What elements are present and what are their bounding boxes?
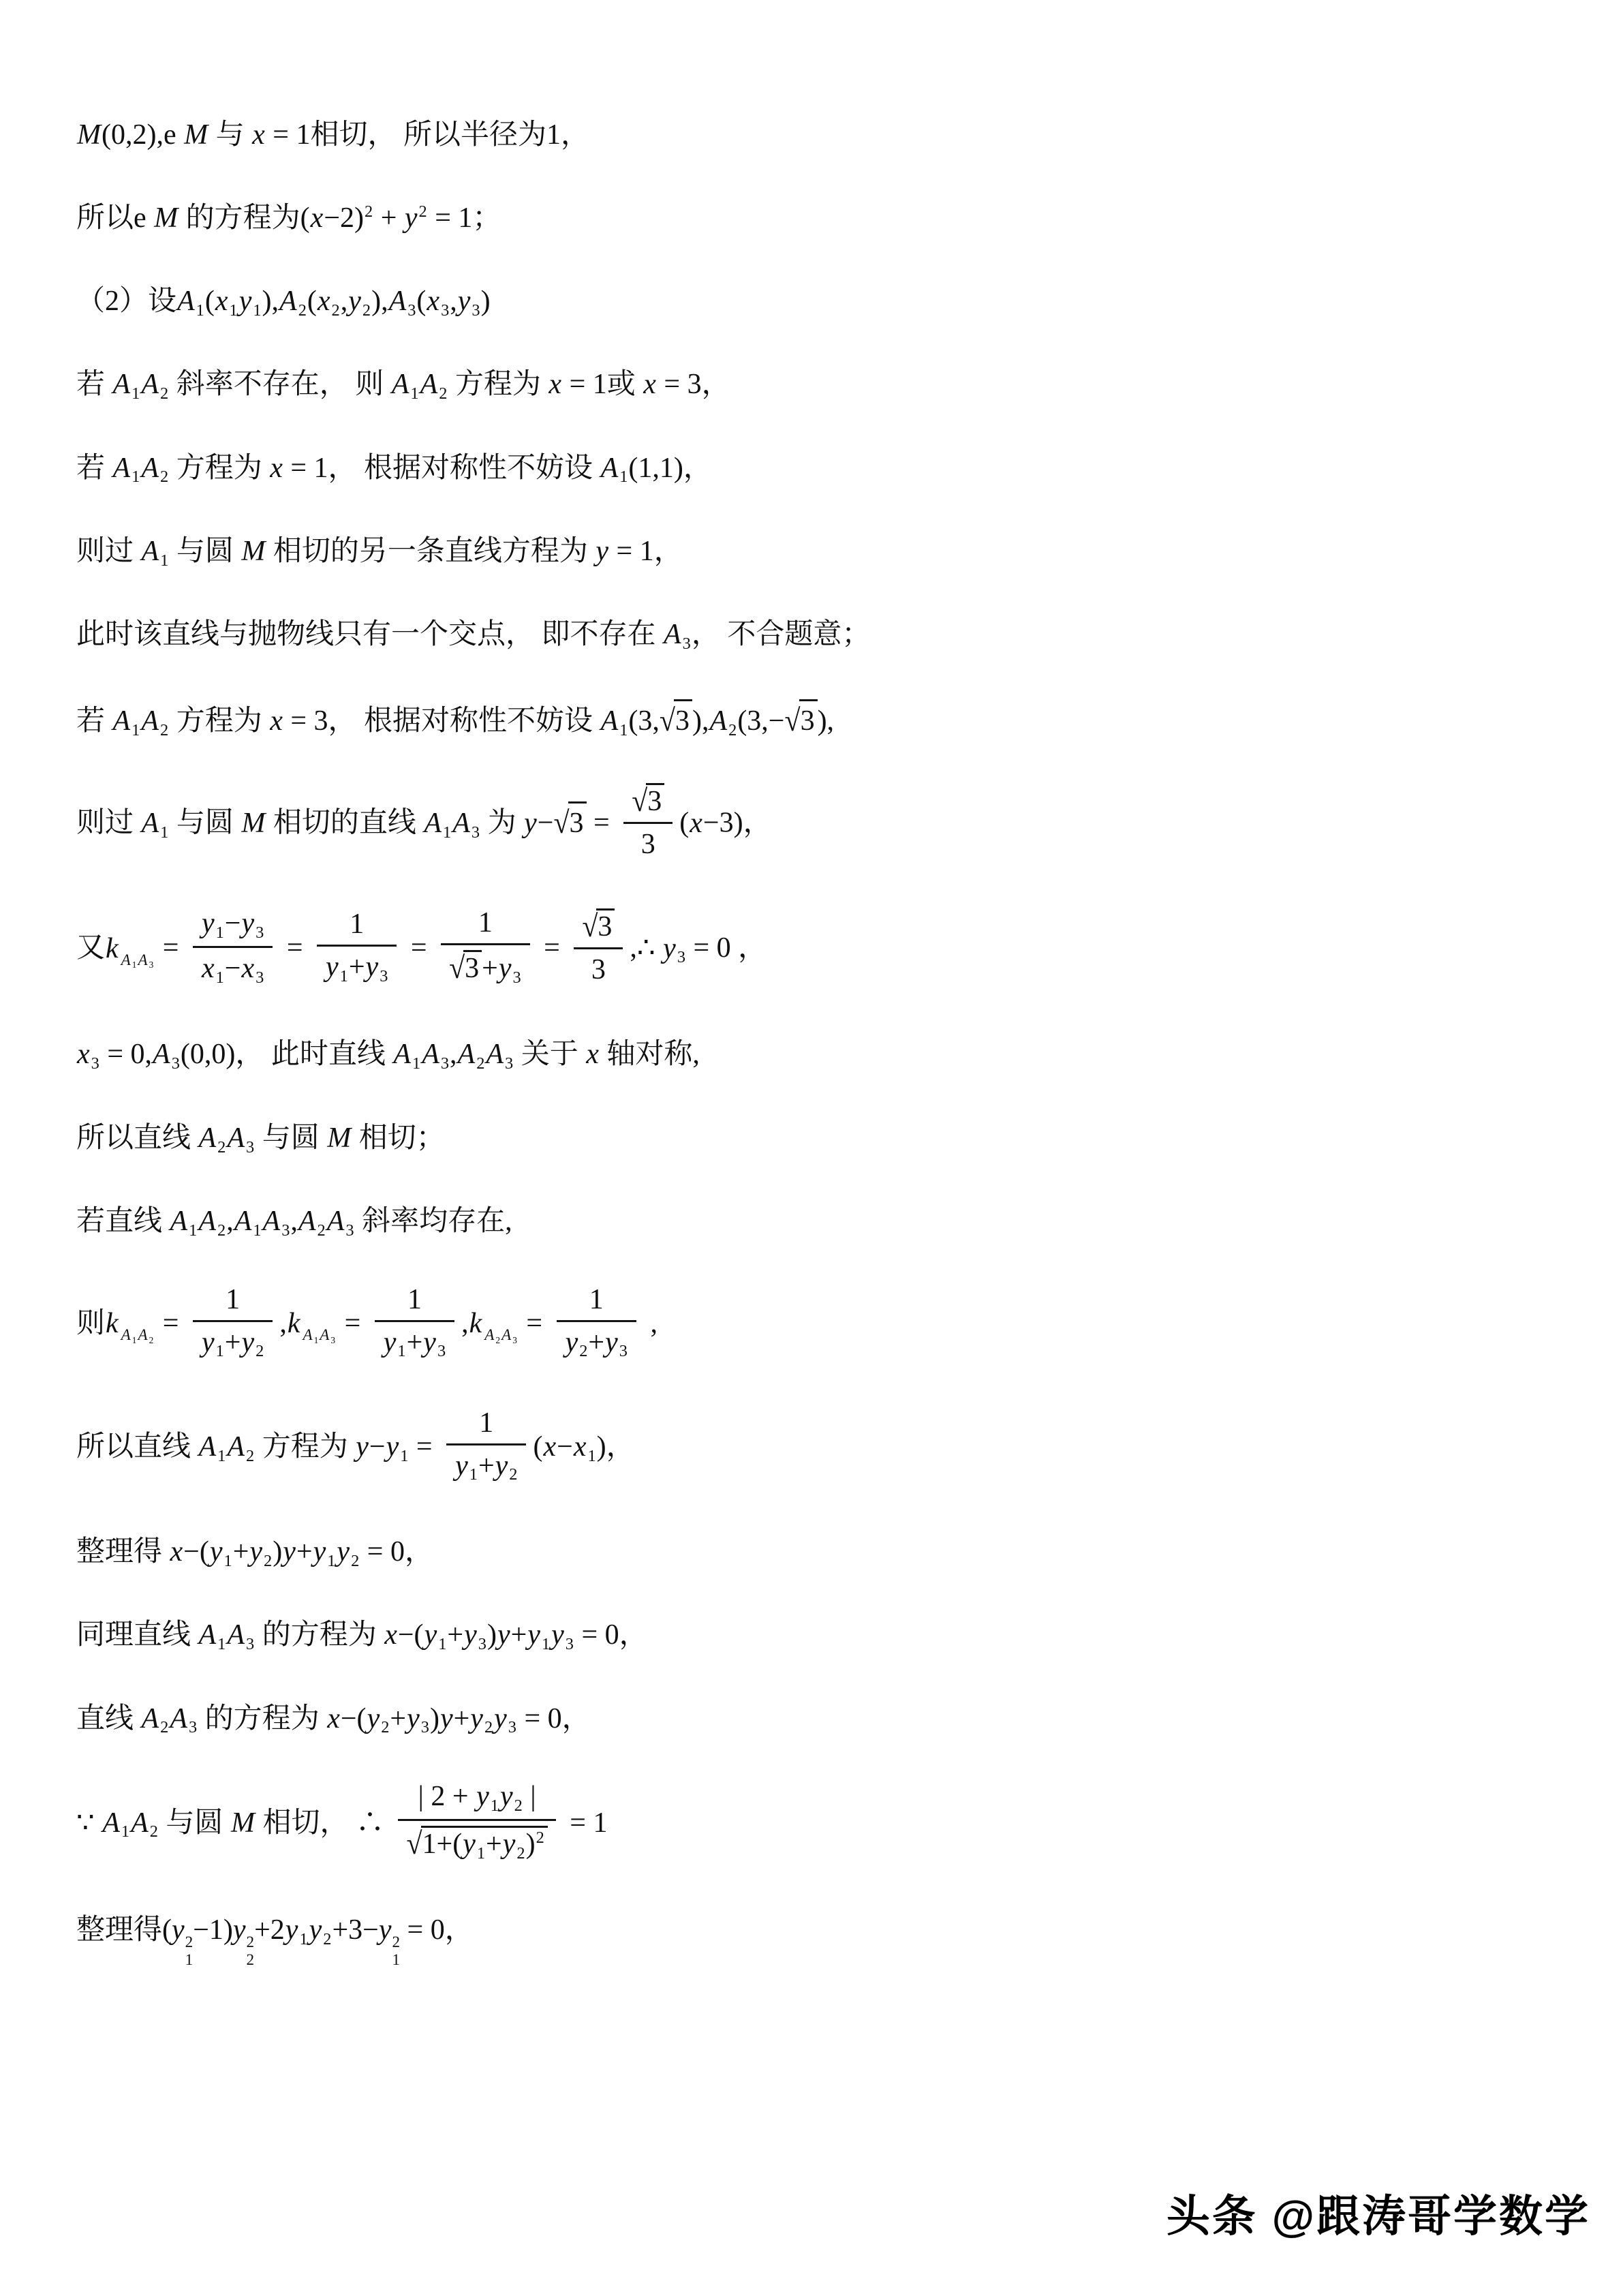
math-text: 斜率不存在， 则 <box>169 369 391 400</box>
math-subscript: 1 <box>252 1221 262 1240</box>
math-subscript: 1 <box>298 1930 308 1948</box>
fraction-numerator: 1 <box>441 906 530 945</box>
math-variable: y <box>365 951 380 983</box>
math-fraction: 1y2+y3 <box>557 1283 636 1362</box>
math-text: = 0 ， <box>686 933 767 964</box>
math-text: −1) <box>193 1914 233 1946</box>
math-variable: A <box>140 453 159 484</box>
math-text: 的方程为 <box>255 1619 384 1651</box>
math-variable: A <box>226 1122 245 1154</box>
math-subscript: 1 <box>469 1465 478 1484</box>
math-variable: A <box>176 286 196 317</box>
math-subscript: 2 <box>484 1718 493 1736</box>
math-text: , <box>643 1308 658 1339</box>
math-text: , <box>279 1308 287 1339</box>
math-variable: y <box>497 1619 511 1651</box>
math-variable: A <box>302 1326 313 1343</box>
radical-sign: √ <box>785 701 801 744</box>
math-text: = 1， 根据对称性不妨设 <box>283 453 600 484</box>
math-subscript: 2 <box>159 384 169 403</box>
math-variable: M <box>183 119 208 151</box>
math-line-19: ∵ A1A2 与圆 M 相切， ∴ | 2 + y1y2 |√1+(y1+y2)… <box>76 1783 1473 1867</box>
math-variable: A <box>484 1326 495 1343</box>
radicand: 3 <box>674 699 692 741</box>
math-text: + <box>349 951 365 983</box>
math-variable: A <box>262 1206 281 1237</box>
math-line-7: 此时该直线与抛物线只有一个交点， 即不存在 A3， 不合题意； <box>76 615 1473 655</box>
math-text: 又 <box>76 933 105 964</box>
math-subscript: 1 <box>215 968 225 987</box>
math-subscript: 1 <box>397 1342 406 1360</box>
math-text: | 2 + <box>418 1781 476 1812</box>
math-variable: y <box>238 286 253 317</box>
math-text: −2) <box>324 202 364 234</box>
math-superscript: 2 <box>247 1933 255 1951</box>
math-subscript: 1 <box>217 1635 226 1653</box>
math-text: , <box>461 1308 469 1339</box>
math-variable: A <box>141 1703 160 1734</box>
radical-sign: √ <box>660 701 675 744</box>
math-subscript: 2 <box>317 1221 326 1240</box>
math-variable: y <box>424 1619 438 1651</box>
math-variable: x <box>241 953 255 984</box>
math-variable: x <box>76 1039 91 1070</box>
math-variable: x <box>201 953 215 984</box>
math-variable: M <box>153 202 179 234</box>
math-text: −( <box>398 1619 424 1651</box>
math-sqrt: √3 <box>449 950 482 985</box>
math-subscript: 3 <box>512 1335 518 1345</box>
math-fraction: 1y1+y2 <box>193 1283 273 1362</box>
math-variable: k <box>469 1308 483 1339</box>
math-subscript: 2 <box>508 1465 518 1484</box>
math-text: 1 <box>407 1284 422 1315</box>
math-subscript: 3 <box>188 1718 198 1736</box>
math-text: = <box>537 933 568 964</box>
math-variable: x <box>426 286 440 317</box>
math-subscript: 2 <box>298 301 307 320</box>
math-text: 此时该直线与抛物线只有一个交点， 即不存在 <box>76 619 663 650</box>
math-variable: x <box>643 369 657 400</box>
math-variable: y <box>439 1703 454 1734</box>
math-variable: y <box>379 1914 392 1946</box>
math-text: ， 不合题意； <box>692 619 871 650</box>
math-subscript: 1 <box>159 551 169 570</box>
math-subscript: 3 <box>345 1221 354 1240</box>
math-variable: y <box>241 1327 255 1358</box>
math-variable: y <box>523 808 538 839</box>
math-variable: x <box>548 369 562 400</box>
math-text: − <box>225 908 241 939</box>
math-subscript: 3 <box>255 968 264 987</box>
math-text: )， <box>597 1431 635 1463</box>
math-variable: A <box>152 1039 171 1070</box>
fraction-numerator: 1 <box>375 1283 454 1322</box>
math-sqrt: √1+(y1+y2)2 <box>406 1826 547 1863</box>
math-subscript: 1 <box>131 384 140 403</box>
math-text: ), <box>692 705 709 737</box>
math-line-18: 直线 A2A3 的方程为 x−(y2+y3)y+y2y3 = 0， <box>76 1700 1473 1739</box>
math-variable: A <box>121 951 132 968</box>
math-text: 若 <box>76 369 112 400</box>
math-text: + <box>296 1536 313 1567</box>
math-variable: A <box>112 453 132 484</box>
math-subscript: 3 <box>149 960 155 970</box>
math-variable: y <box>241 908 255 939</box>
math-subscript: 3 <box>407 301 416 320</box>
math-text: 与 <box>208 119 251 151</box>
math-variable: y <box>527 1619 541 1651</box>
math-subscript: 3 <box>437 1342 446 1360</box>
math-variable: A <box>141 536 160 567</box>
math-subscript: 1 <box>229 301 238 320</box>
math-line-16: 整理得 x−(y1+y2)y+y1y2 = 0， <box>76 1533 1473 1572</box>
math-subscript: 3 <box>440 1054 450 1073</box>
radicand: 3 <box>568 801 587 844</box>
math-line-9: 则过 A1 与圆 M 相切的直线 A1A3 为 y−√3 = √33(x−3)， <box>76 785 1473 866</box>
math-subscript: 3 <box>420 1718 430 1736</box>
math-text: +3− <box>332 1914 378 1946</box>
math-variable: y <box>476 1781 490 1812</box>
math-text: 则 <box>76 1308 105 1339</box>
math-subscript: 3 <box>171 1054 181 1073</box>
math-line-10: 又kA1A3 = y1−y3x1−x3 = 1y1+y3 = 1√3+y3 = … <box>76 909 1473 992</box>
math-variable: A <box>130 1807 149 1839</box>
fraction-denominator: 3 <box>623 824 673 862</box>
math-variable: y <box>355 1431 369 1463</box>
math-line-20: 整理得(y21−1)y22+2y1y2+3−y21 = 0， <box>76 1911 1473 1969</box>
math-subscript: 2 <box>331 301 341 320</box>
sub-sup-column: 22 <box>246 1933 255 1969</box>
math-text: 3 <box>465 953 479 984</box>
math-variable: y <box>367 1703 381 1734</box>
math-text: 若 <box>76 453 112 484</box>
math-subscript: 3 <box>281 1221 290 1240</box>
math-variable: A <box>485 1039 504 1070</box>
math-text: 方程为 <box>448 369 548 400</box>
math-text: 方程为 <box>169 705 269 737</box>
math-text: 1 <box>226 1284 240 1315</box>
math-text: | <box>523 1781 536 1812</box>
math-text: = 0， <box>517 1703 591 1734</box>
math-text: + <box>511 1619 527 1651</box>
math-subscript: 3 <box>508 1718 517 1736</box>
math-text: 相切； <box>352 1122 445 1154</box>
math-subscript: 1 <box>131 721 140 739</box>
math-subscript: 2 <box>728 721 737 739</box>
math-text: , <box>450 1039 457 1070</box>
math-text: (3, <box>628 705 660 737</box>
math-text: = <box>403 933 434 964</box>
math-text: 1+( <box>422 1828 463 1860</box>
radical-sign: √ <box>553 803 569 846</box>
math-text: , <box>450 286 457 317</box>
fraction-denominator: x1−x3 <box>193 948 273 988</box>
math-variable: y <box>347 286 362 317</box>
math-text: (0,2),e <box>102 119 183 151</box>
math-text: = 1； <box>428 202 501 234</box>
math-sqrt: √3 <box>582 908 615 943</box>
math-subscript: 1 <box>217 1447 226 1465</box>
math-subscript: 2 <box>350 1552 360 1570</box>
math-variable: A <box>140 369 159 400</box>
math-text: = 1或 <box>562 369 643 400</box>
math-text: = <box>155 1308 186 1339</box>
math-variable: A <box>501 1326 512 1343</box>
math-variable: x <box>542 1431 557 1463</box>
fraction-numerator: 1 <box>193 1283 273 1322</box>
math-text: ), <box>818 705 835 737</box>
math-text: ) <box>273 1536 282 1567</box>
math-subscript: 3 <box>440 301 450 320</box>
math-variable: y <box>309 1914 323 1946</box>
math-variable: x <box>326 1703 341 1734</box>
math-variable: x <box>573 1431 587 1463</box>
math-subscript: 2 <box>255 1342 264 1360</box>
math-superscript: 2 <box>536 1828 545 1847</box>
math-text: 相切的另一条直线方程为 <box>266 536 595 567</box>
math-text: 若 <box>76 705 112 737</box>
fraction-numerator: | 2 + y1y2 | <box>398 1779 555 1821</box>
math-text: 整理得 <box>76 1536 170 1567</box>
math-superscript: 2 <box>392 1933 401 1951</box>
math-variable: A <box>392 1039 412 1070</box>
math-subscript: 1 <box>587 1447 596 1465</box>
math-sqrt: √3 <box>660 699 692 741</box>
math-subscript: 1 <box>437 1635 447 1653</box>
fraction-denominator: y1+y2 <box>193 1322 273 1362</box>
math-variable: y <box>249 1536 263 1567</box>
math-text: ) <box>526 1828 536 1860</box>
math-variable: A <box>170 1206 189 1237</box>
math-subscript: 1 <box>412 1054 421 1073</box>
math-subscript-group: A1A3 <box>119 951 156 968</box>
fraction-numerator: 1 <box>557 1283 636 1322</box>
math-variable: A <box>226 1619 245 1651</box>
math-text: 1 <box>589 1284 604 1315</box>
math-text: , <box>341 286 348 317</box>
math-subscript: 2 <box>217 1221 226 1240</box>
math-lines: M(0,2),e M 与 x = 1相切， 所以半径为1，所以e M 的方程为(… <box>76 116 1473 1969</box>
fraction-denominator: √3+y3 <box>441 945 530 988</box>
math-text: 所以e <box>76 202 153 234</box>
math-text: ( <box>416 286 426 317</box>
math-variable: y <box>325 951 339 983</box>
math-subscript: 1 <box>313 1335 320 1345</box>
math-line-13: 若直线 A1A2,A1A3,A2A3 斜率均存在, <box>76 1202 1473 1242</box>
math-variable: y <box>463 1619 478 1651</box>
math-sub-sup: y21 <box>172 1911 193 1969</box>
math-text: ), <box>262 286 279 317</box>
math-text: 1 <box>479 1407 493 1439</box>
math-text: 3 <box>801 705 815 737</box>
math-variable: M <box>241 536 266 567</box>
math-text: 与圆 <box>159 1807 230 1839</box>
math-text: 与圆 <box>255 1122 326 1154</box>
fraction-numerator: √3 <box>574 907 623 949</box>
radicand: 3 <box>646 783 664 818</box>
math-subscript: 3 <box>504 1054 514 1073</box>
math-text: , <box>290 1206 298 1237</box>
math-text: ( <box>533 1431 542 1463</box>
math-variable: A <box>137 1326 148 1343</box>
math-text: 3 <box>591 954 606 985</box>
math-text: 轴对称, <box>600 1039 700 1070</box>
math-sub-sup: y21 <box>379 1911 400 1969</box>
math-subscript: 2 <box>263 1552 273 1570</box>
math-text: (0,0)， 此时直线 <box>181 1039 392 1070</box>
math-subscript: 1 <box>442 823 452 842</box>
math-variable: A <box>423 808 442 839</box>
math-text: ) <box>487 1619 497 1651</box>
math-variable: y <box>495 1450 509 1482</box>
math-variable: A <box>198 1122 217 1154</box>
math-line-14: 则kA1A2 = 1y1+y2,kA1A3 = 1y1+y3,kA2A3 = 1… <box>76 1286 1473 1366</box>
math-fraction: √33 <box>574 907 623 988</box>
math-text: （2）设 <box>76 286 176 317</box>
math-subscript: 2 <box>514 1796 523 1815</box>
math-text: + <box>373 202 404 234</box>
math-text: ( <box>679 808 689 839</box>
math-subscript: 1 <box>159 823 169 842</box>
math-subscript: 3 <box>245 1138 255 1157</box>
math-text: = <box>279 933 310 964</box>
math-text: = <box>519 1308 550 1339</box>
math-line-1: M(0,2),e M 与 x = 1相切， 所以半径为1， <box>76 116 1473 155</box>
math-subscript: 2 <box>159 721 169 739</box>
math-subscript: 1 <box>409 384 419 403</box>
math-sqrt: √3 <box>632 783 664 818</box>
math-variable: A <box>457 1039 476 1070</box>
math-variable: x <box>384 1619 398 1651</box>
math-subscript: 1 <box>196 301 205 320</box>
math-variable: k <box>105 933 119 964</box>
math-sub-sup: y22 <box>233 1911 254 1969</box>
radicand: 3 <box>596 908 615 943</box>
math-subscript: 1 <box>476 1844 486 1863</box>
math-variable: y <box>604 1327 619 1358</box>
math-text: −( <box>183 1536 209 1567</box>
math-subscript: 2 <box>438 384 448 403</box>
math-subscript: 1 <box>619 468 628 486</box>
math-variable: y <box>282 1536 296 1567</box>
math-text: −3)， <box>703 808 772 839</box>
math-subscript: 2 <box>322 1930 332 1948</box>
math-variable: y <box>201 908 215 939</box>
math-text: + <box>486 1828 502 1860</box>
math-subscript: 2 <box>149 1822 159 1841</box>
math-text: 为 <box>480 808 523 839</box>
math-variable: y <box>233 1914 246 1946</box>
solution-content: M(0,2),e M 与 x = 1相切， 所以半径为1，所以e M 的方程为(… <box>76 116 1473 2012</box>
math-subscript-group: A1A2 <box>119 1326 156 1343</box>
math-line-12: 所以直线 A2A3 与圆 M 相切； <box>76 1119 1473 1159</box>
math-variable: M <box>241 808 266 839</box>
math-text: 所以直线 <box>76 1122 198 1154</box>
math-variable: k <box>105 1308 119 1339</box>
math-subscript: 1 <box>131 468 140 486</box>
math-subscript: 3 <box>471 301 480 320</box>
math-variable: A <box>600 453 619 484</box>
math-text: 斜率均存在, <box>355 1206 512 1237</box>
math-subscript: 3 <box>245 1635 255 1653</box>
math-subscript: 1 <box>490 1796 499 1815</box>
sub-sup-column: 21 <box>392 1933 401 1969</box>
math-variable: y <box>406 1703 420 1734</box>
math-subscript: 2 <box>516 1844 525 1863</box>
math-fraction: 1√3+y3 <box>441 906 530 988</box>
math-text: 3 <box>570 808 584 839</box>
math-text: 1 <box>350 908 364 940</box>
math-variable: A <box>326 1206 345 1237</box>
math-subscript: 1 <box>326 1552 336 1570</box>
math-text: , <box>226 1206 234 1237</box>
math-subscript: 2 <box>245 1447 255 1465</box>
math-variable: A <box>198 1206 217 1237</box>
math-variable: y <box>172 1914 185 1946</box>
math-text: = 1 <box>563 1807 608 1839</box>
fraction-denominator: √1+(y1+y2)2 <box>398 1821 555 1864</box>
math-text: + <box>390 1703 406 1734</box>
math-variable: A <box>663 619 682 650</box>
math-text: 方程为 <box>255 1431 355 1463</box>
math-subscript: 1 <box>215 923 225 942</box>
math-variable: A <box>600 705 619 737</box>
math-variable: k <box>287 1308 301 1339</box>
math-text: + <box>478 1450 495 1482</box>
math-subscript: 3 <box>677 948 686 966</box>
sub-sup-column: 21 <box>185 1933 194 1969</box>
math-variable: x <box>269 453 283 484</box>
math-variable: A <box>391 369 410 400</box>
math-line-17: 同理直线 A1A3 的方程为 x−(y1+y3)y+y1y3 = 0， <box>76 1616 1473 1655</box>
math-subscript: 3 <box>478 1635 487 1653</box>
math-variable: A <box>198 1431 217 1463</box>
math-variable: y <box>499 1781 514 1812</box>
math-variable: y <box>502 1828 516 1860</box>
math-text: 的方程为( <box>179 202 310 234</box>
math-text: ) <box>481 286 491 317</box>
math-text: = <box>409 1431 439 1463</box>
radical-sign: √ <box>449 951 465 986</box>
math-text: (1,1)， <box>628 453 711 484</box>
math-variable: x <box>170 1536 184 1567</box>
math-variable: A <box>198 1619 217 1651</box>
math-text: 3 <box>647 786 662 817</box>
math-variable: A <box>234 1206 253 1237</box>
math-text: ( <box>307 286 317 317</box>
math-subscript: 3 <box>255 923 264 942</box>
math-text: = 0， <box>400 1914 474 1946</box>
math-fraction: √33 <box>623 782 673 862</box>
math-variable: y <box>493 1703 508 1734</box>
math-subscript: 3 <box>512 968 521 987</box>
fraction-numerator: y1−y3 <box>193 906 273 948</box>
math-subscript: 3 <box>682 634 692 653</box>
math-variable: y <box>383 1327 397 1358</box>
math-text: 直线 <box>76 1703 141 1734</box>
math-variable: M <box>230 1807 256 1839</box>
math-variable: A <box>121 1326 132 1343</box>
fraction-denominator: y1+y3 <box>317 947 397 987</box>
math-text: 相切的直线 <box>266 808 423 839</box>
math-subscript: 2 <box>217 1138 226 1157</box>
math-subscript: 3 <box>471 823 480 842</box>
math-text: + <box>225 1327 241 1358</box>
math-subscript: 3 <box>379 967 388 985</box>
math-variable: A <box>421 1039 440 1070</box>
math-text: 的方程为 <box>198 1703 326 1734</box>
